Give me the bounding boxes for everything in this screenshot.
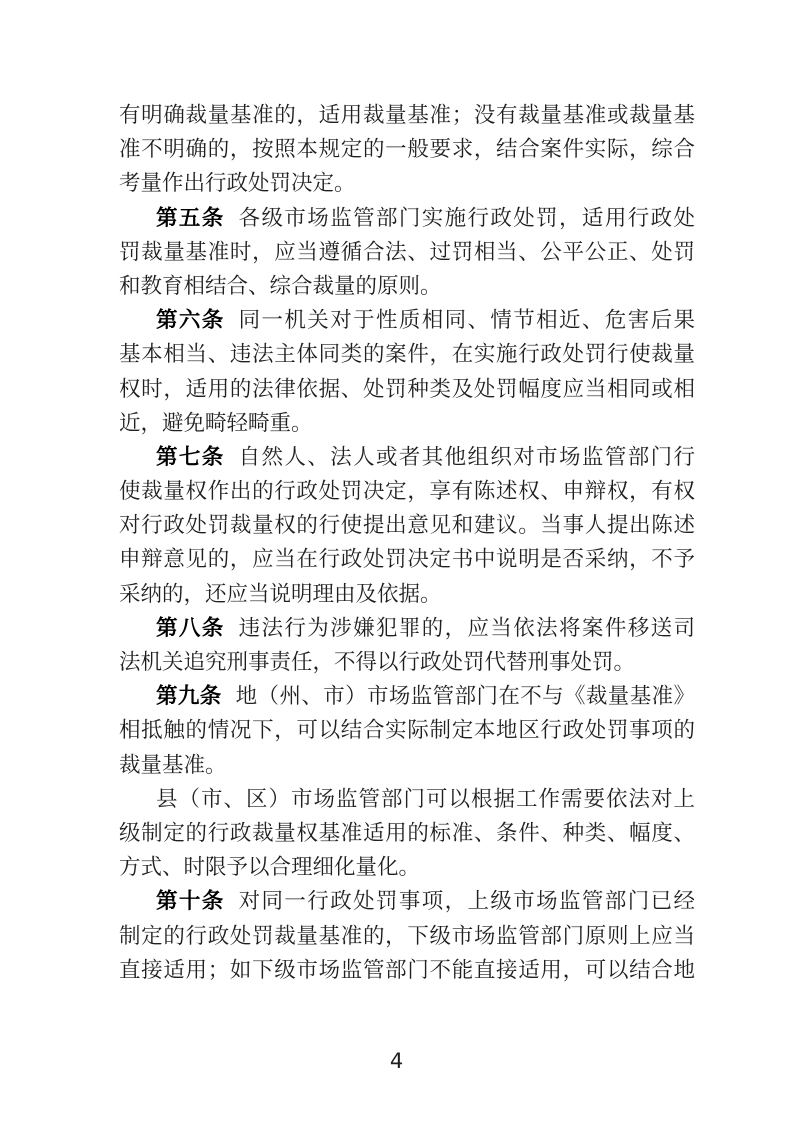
article-number: 第七条: [156, 445, 225, 470]
text-line: 第八条违法行为涉嫌犯罪的，应当依法将案件移送司: [119, 612, 695, 646]
line-text: 相抵触的情况下，可以结合实际制定本地区行政处罚事项的: [119, 718, 695, 743]
text-line: 第七条自然人、法人或者其他组织对市场监管部门行: [119, 441, 695, 475]
text-line: 县（市、区）市场监管部门可以根据工作需要依法对上: [119, 783, 695, 817]
text-line: 采纳的，还应当说明理由及依据。: [119, 578, 695, 612]
text-line: 申辩意见的，应当在行政处罚决定书中说明是否采纳，不予: [119, 543, 695, 577]
text-line: 基本相当、违法主体同类的案件，在实施行政处罚行使裁量: [119, 338, 695, 372]
line-text: 同一机关对于性质相同、情节相近、危害后果: [239, 308, 695, 333]
line-text: 自然人、法人或者其他组织对市场监管部门行: [239, 445, 695, 470]
line-text: 罚裁量基准时，应当遵循合法、过罚相当、公平公正、处罚: [119, 240, 695, 265]
text-line: 相抵触的情况下，可以结合实际制定本地区行政处罚事项的: [119, 714, 695, 748]
text-line: 直接适用；如下级市场监管部门不能直接适用，可以结合地: [119, 954, 695, 988]
text-line: 罚裁量基准时，应当遵循合法、过罚相当、公平公正、处罚: [119, 236, 695, 270]
line-text: 有明确裁量基准的，适用裁量基准；没有裁量基准或裁量基: [119, 103, 695, 128]
article-number: 第五条: [156, 206, 225, 231]
text-line: 第十条对同一行政处罚事项，上级市场监管部门已经: [119, 885, 695, 919]
text-line: 第九条地（州、市）市场监管部门在不与《裁量基准》: [119, 680, 695, 714]
line-text: 直接适用；如下级市场监管部门不能直接适用，可以结合地: [119, 958, 695, 983]
line-text: 违法行为涉嫌犯罪的，应当依法将案件移送司: [239, 616, 695, 641]
document-page: 有明确裁量基准的，适用裁量基准；没有裁量基准或裁量基准不明确的，按照本规定的一般…: [0, 0, 793, 1122]
line-text: 申辩意见的，应当在行政处罚决定书中说明是否采纳，不予: [119, 547, 695, 572]
line-text: 地（州、市）市场监管部门在不与《裁量基准》: [236, 684, 695, 709]
line-text: 使裁量权作出的行政处罚决定，享有陈述权、申辩权，有权: [119, 479, 695, 504]
line-text: 权时，适用的法律依据、处罚种类及处罚幅度应当相同或相: [119, 377, 695, 402]
line-text: 制定的行政处罚裁量基准的，下级市场监管部门原则上应当: [119, 924, 695, 949]
line-text: 基本相当、违法主体同类的案件，在实施行政处罚行使裁量: [119, 342, 695, 367]
text-line: 近，避免畸轻畸重。: [119, 407, 695, 441]
text-line: 权时，适用的法律依据、处罚种类及处罚幅度应当相同或相: [119, 373, 695, 407]
line-text: 近，避免畸轻畸重。: [119, 411, 313, 436]
line-text: 对行政处罚裁量权的行使提出意见和建议。当事人提出陈述: [119, 513, 695, 538]
line-text: 级制定的行政裁量权基准适用的标准、条件、种类、幅度、: [119, 821, 695, 846]
line-text: 法机关追究刑事责任，不得以行政处罚代替刑事处罚。: [119, 650, 635, 675]
line-text: 考量作出行政处罚决定。: [119, 171, 356, 196]
text-line: 使裁量权作出的行政处罚决定，享有陈述权、申辩权，有权: [119, 475, 695, 509]
text-line: 法机关追究刑事责任，不得以行政处罚代替刑事处罚。: [119, 646, 695, 680]
text-line: 裁量基准。: [119, 749, 695, 783]
line-text: 采纳的，还应当说明理由及依据。: [119, 582, 442, 607]
text-line: 第五条各级市场监管部门实施行政处罚，适用行政处: [119, 202, 695, 236]
article-number: 第六条: [156, 308, 225, 333]
page-number: 4: [0, 1046, 793, 1076]
text-line: 考量作出行政处罚决定。: [119, 167, 695, 201]
text-line: 和教育相结合、综合裁量的原则。: [119, 270, 695, 304]
line-text: 县（市、区）市场监管部门可以根据工作需要依法对上: [156, 787, 695, 812]
text-line: 级制定的行政裁量权基准适用的标准、条件、种类、幅度、: [119, 817, 695, 851]
line-text: 各级市场监管部门实施行政处罚，适用行政处: [239, 206, 695, 231]
text-line: 制定的行政处罚裁量基准的，下级市场监管部门原则上应当: [119, 920, 695, 954]
text-line: 方式、时限予以合理细化量化。: [119, 851, 695, 885]
text-line: 准不明确的，按照本规定的一般要求，结合案件实际，综合: [119, 133, 695, 167]
line-text: 和教育相结合、综合裁量的原则。: [119, 274, 442, 299]
text-line: 对行政处罚裁量权的行使提出意见和建议。当事人提出陈述: [119, 509, 695, 543]
line-text: 裁量基准。: [119, 753, 227, 778]
document-body: 有明确裁量基准的，适用裁量基准；没有裁量基准或裁量基准不明确的，按照本规定的一般…: [119, 99, 695, 988]
line-text: 准不明确的，按照本规定的一般要求，结合案件实际，综合: [119, 137, 695, 162]
line-text: 对同一行政处罚事项，上级市场监管部门已经: [239, 889, 695, 914]
text-line: 有明确裁量基准的，适用裁量基准；没有裁量基准或裁量基: [119, 99, 695, 133]
article-number: 第十条: [156, 889, 225, 914]
article-number: 第八条: [156, 616, 225, 641]
article-number: 第九条: [156, 684, 222, 709]
line-text: 方式、时限予以合理细化量化。: [119, 855, 420, 880]
text-line: 第六条同一机关对于性质相同、情节相近、危害后果: [119, 304, 695, 338]
